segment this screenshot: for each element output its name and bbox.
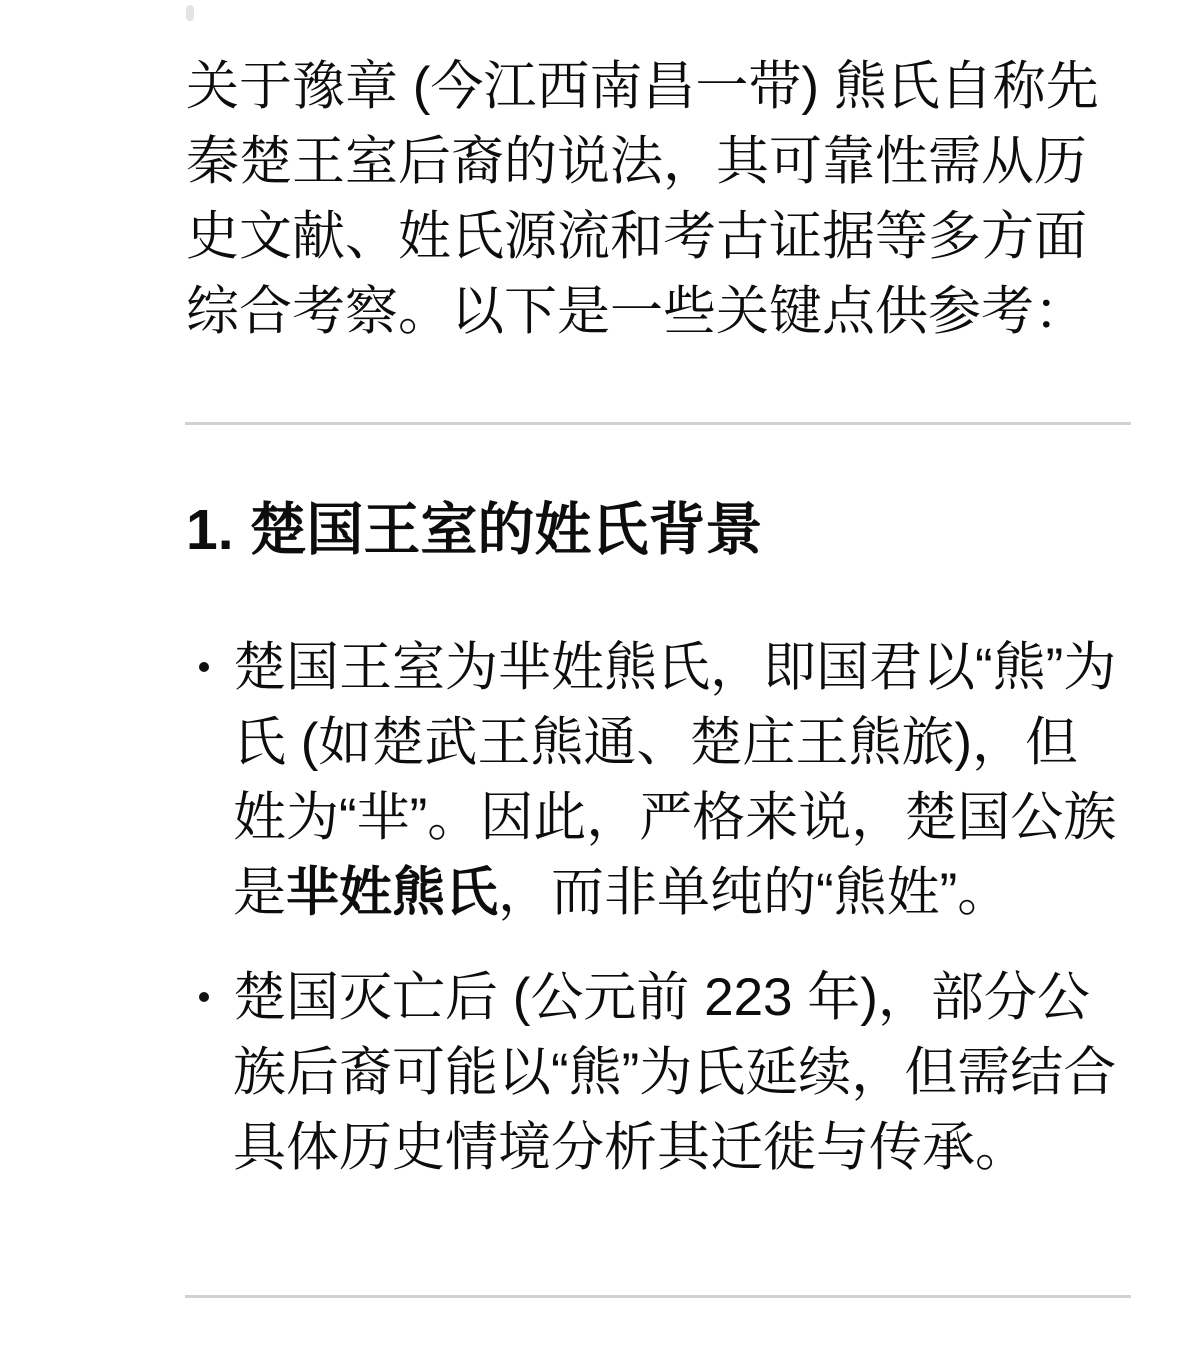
bullet-list: 楚国王室为芈姓熊氏，即国君以“熊”为氏 (如楚武王熊通、楚庄王熊旅)，但姓为“芈… xyxy=(186,630,1128,1185)
bullet-text-segment: 楚国灭亡后 (公元前 223 年)，部分公族后裔可能以“熊”为氏延续，但需结合具… xyxy=(233,968,1116,1177)
message-content: 关于豫章 (今江西南昌一带) 熊氏自称先秦楚王室后裔的说法，其可靠性需从历史文献… xyxy=(186,0,1128,1298)
bullet-text: 楚国王室为芈姓熊氏，即国君以“熊”为氏 (如楚武王熊通、楚庄王熊旅)，但姓为“芈… xyxy=(233,638,1116,922)
bullet-text: 楚国灭亡后 (公元前 223 年)，部分公族后裔可能以“熊”为氏延续，但需结合具… xyxy=(233,968,1116,1177)
list-item: 楚国王室为芈姓熊氏，即国君以“熊”为氏 (如楚武王熊通、楚庄王熊旅)，但姓为“芈… xyxy=(186,630,1128,930)
bullet-dot-icon xyxy=(199,662,209,672)
list-item: 楚国灭亡后 (公元前 223 年)，部分公族后裔可能以“熊”为氏延续，但需结合具… xyxy=(186,960,1128,1185)
bullet-text-segment: ，而非单纯的“熊姓”。 xyxy=(498,863,1010,922)
section-divider-bottom xyxy=(185,1295,1131,1298)
bullet-dot-icon xyxy=(199,992,209,1002)
intro-paragraph: 关于豫章 (今江西南昌一带) 熊氏自称先秦楚王室后裔的说法，其可靠性需从历史文献… xyxy=(186,49,1128,349)
bullet-text-segment-bold: 芈姓熊氏 xyxy=(286,863,498,922)
section-heading: 1. 楚国王室的姓氏背景 xyxy=(186,499,1128,561)
section-divider-top xyxy=(185,422,1131,425)
